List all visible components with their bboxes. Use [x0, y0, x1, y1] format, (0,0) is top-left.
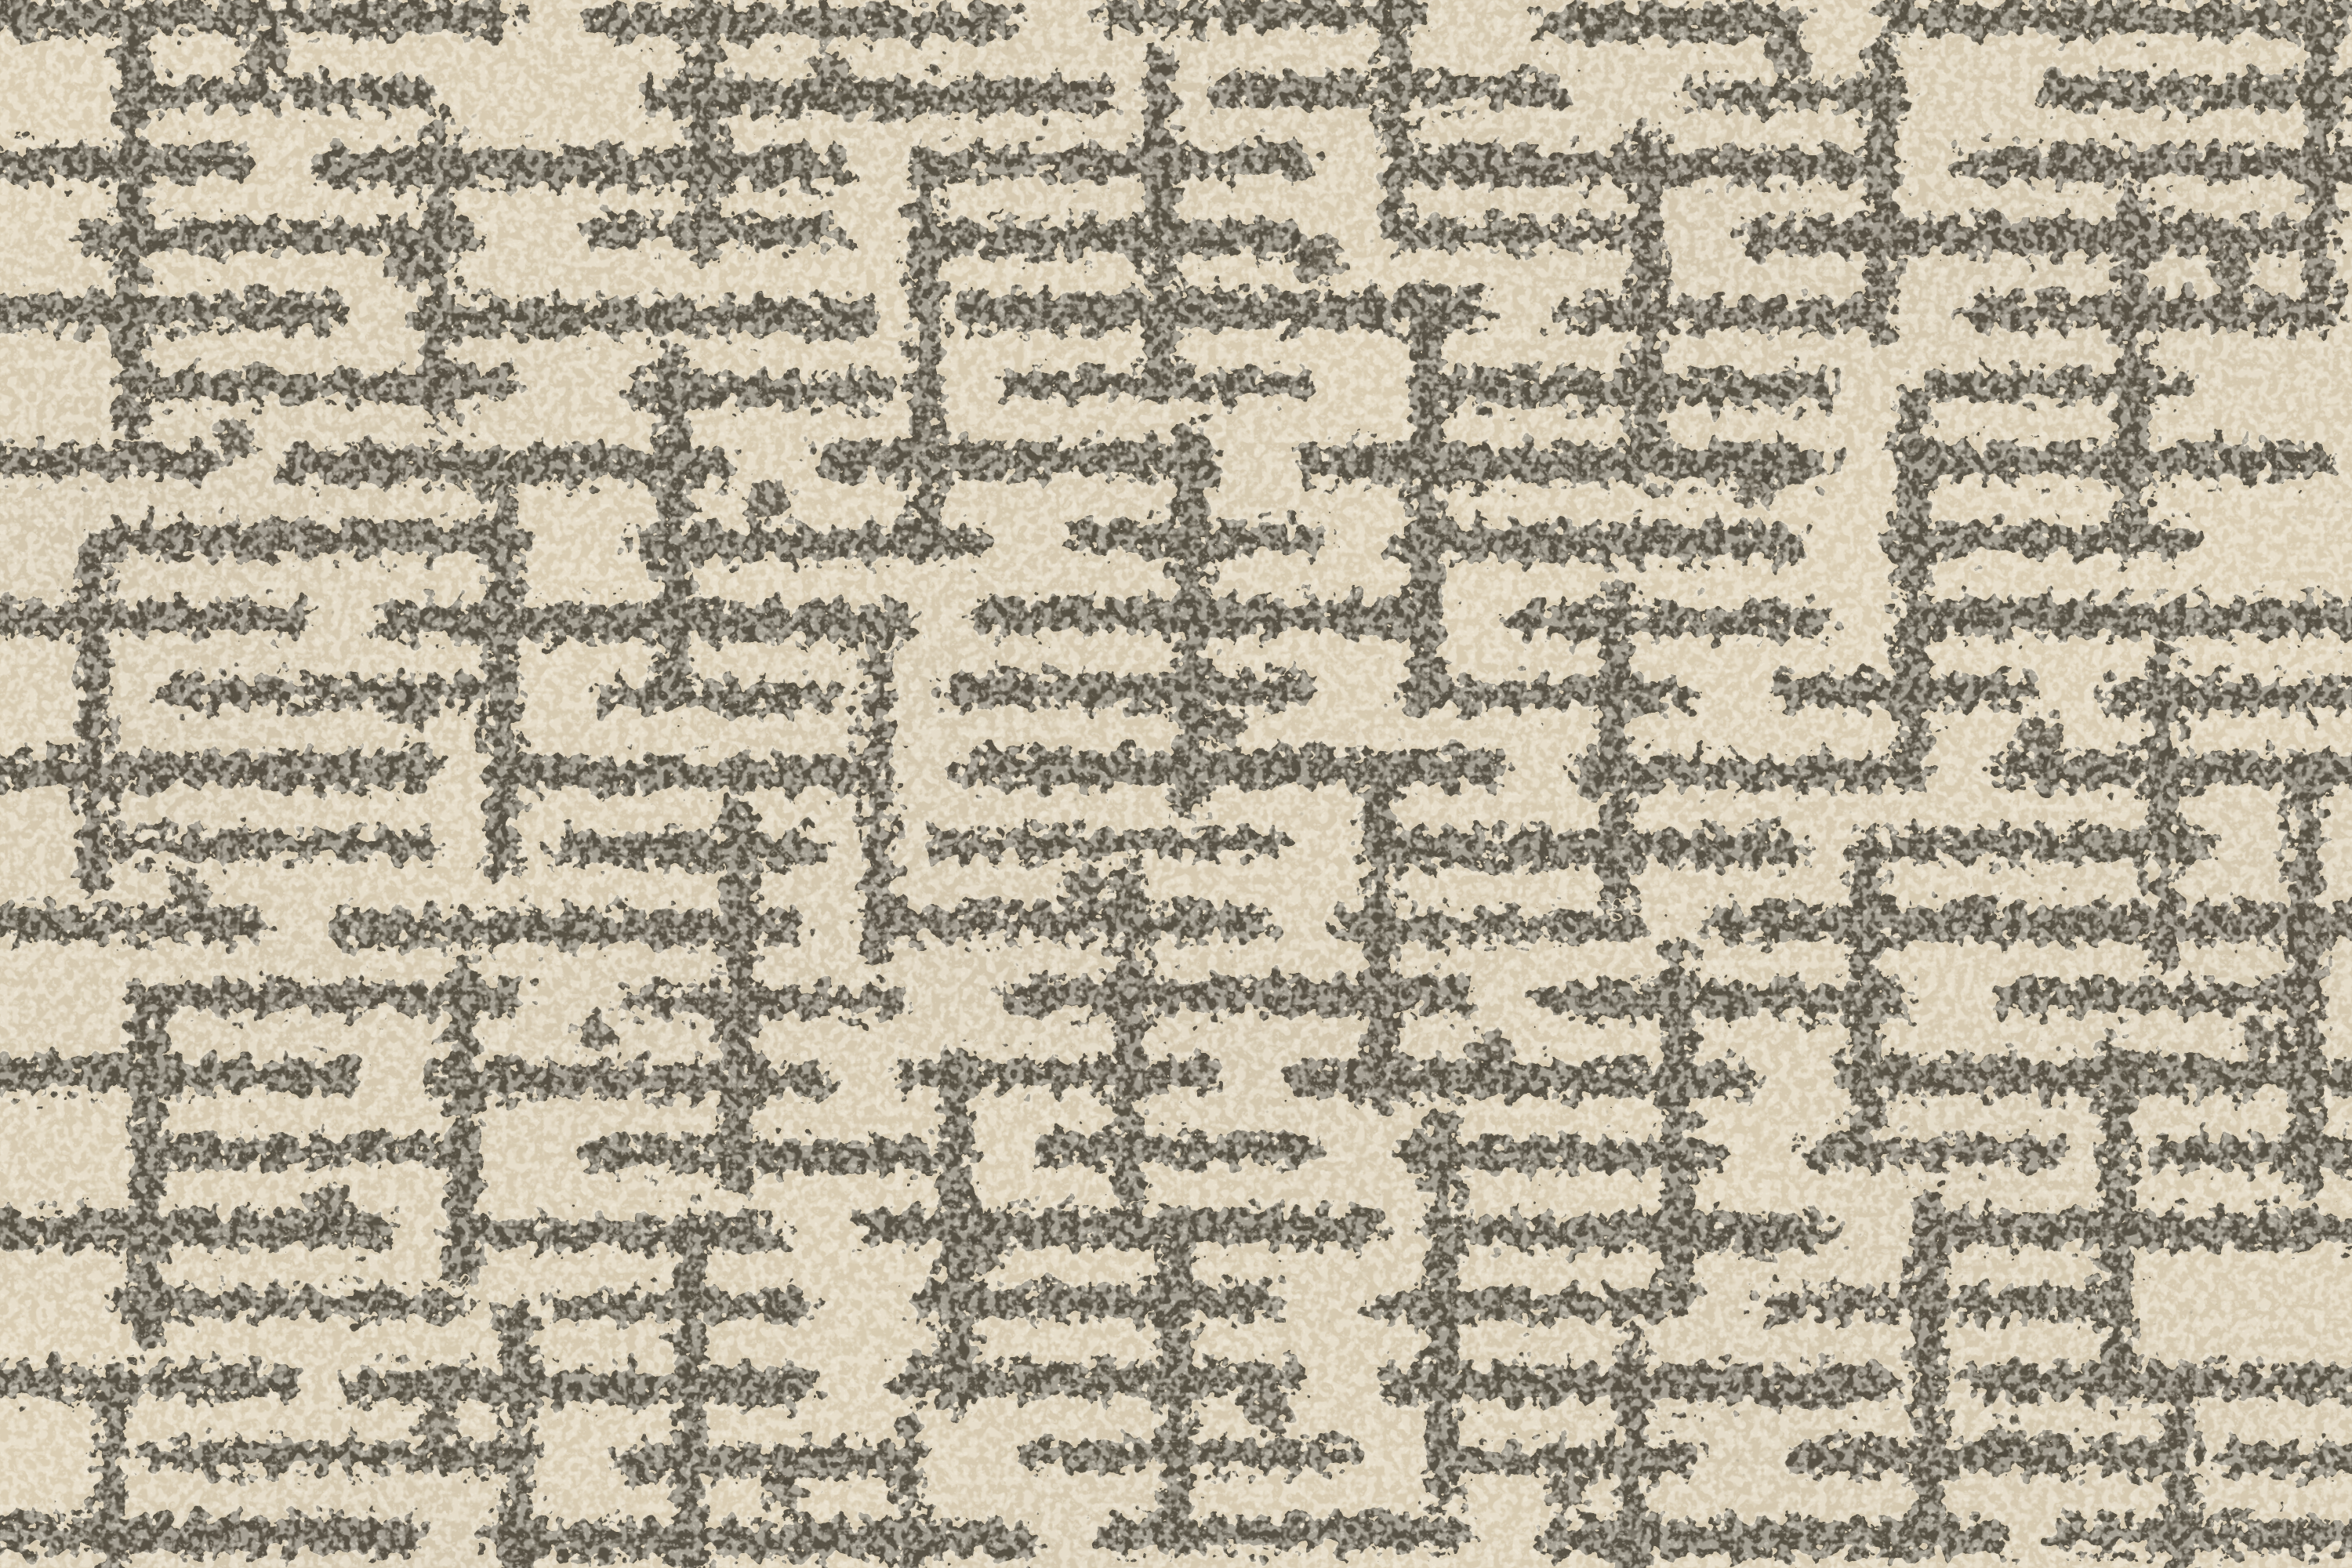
pile-texture-overlay	[0, 0, 2352, 1568]
carpet-texture-photo	[0, 0, 2352, 1568]
carpet-texture	[0, 0, 2352, 1568]
